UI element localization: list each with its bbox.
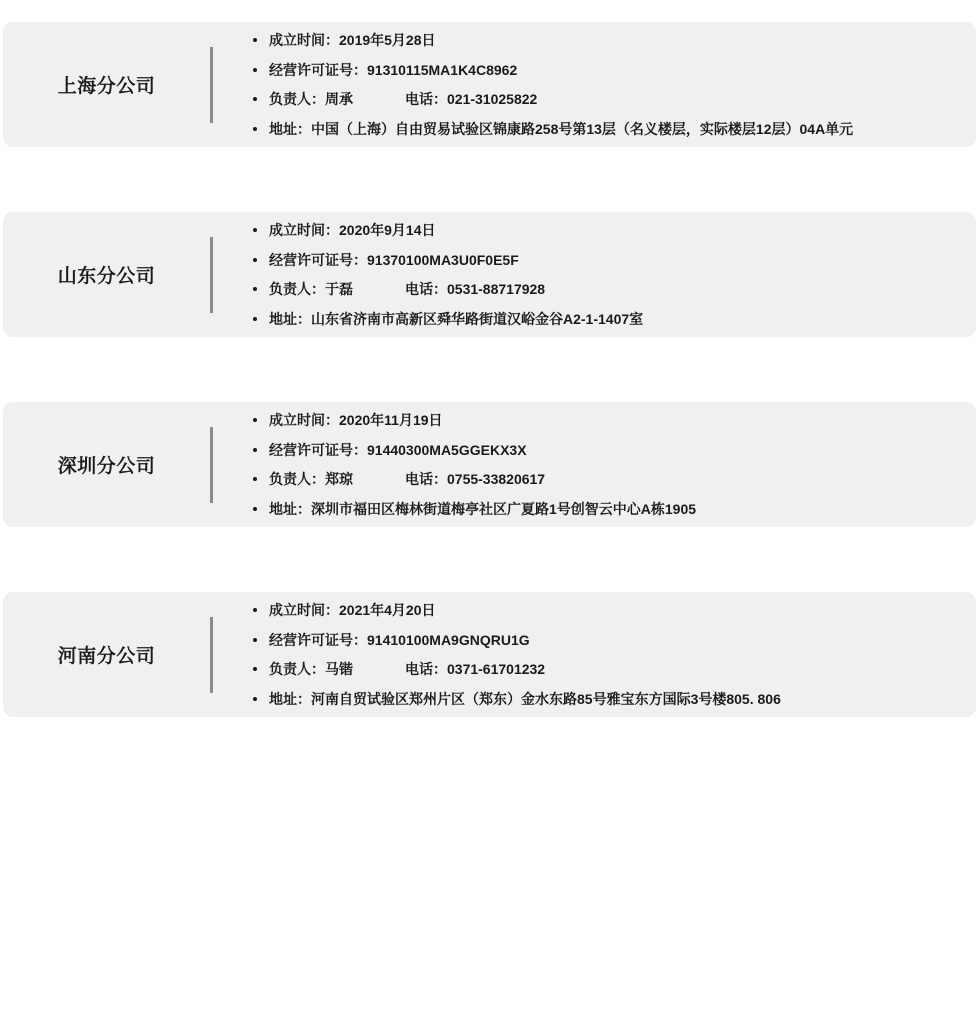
bullet-icon	[253, 317, 257, 321]
phone-text: 电话：0371-61701232	[405, 659, 545, 679]
owner-text: 负责人：马锴	[269, 659, 353, 679]
info-row-license: 经营许可证号：91410100MA9GNQRU1G	[253, 625, 966, 655]
established-text: 成立时间：2020年9月14日	[269, 220, 436, 240]
info-row-contact: 负责人：郑琼 电话：0755-33820617	[253, 465, 966, 495]
branch-name: 深圳分公司	[58, 451, 156, 478]
bullet-icon	[253, 418, 257, 422]
bullet-icon	[253, 697, 257, 701]
owner-text: 负责人：郑琼	[269, 469, 353, 489]
license-text: 经营许可证号：91370100MA3U0F0E5F	[269, 250, 519, 270]
branch-info-list: 成立时间：2019年5月28日 经营许可证号：91310115MA1K4C896…	[213, 22, 976, 147]
address-text: 地址：山东省济南市高新区舜华路街道汉峪金谷A2-1-1407室	[269, 309, 643, 329]
branch-info-list: 成立时间：2021年4月20日 经营许可证号：91410100MA9GNQRU1…	[213, 592, 976, 717]
info-row-contact: 负责人：周承 电话：021-31025822	[253, 85, 966, 115]
license-text: 经营许可证号：91410100MA9GNQRU1G	[269, 630, 530, 650]
branch-name: 山东分公司	[58, 261, 156, 288]
branch-card-shenzhen: 深圳分公司 成立时间：2020年11月19日 经营许可证号：91440300MA…	[3, 402, 976, 527]
branch-name-column: 深圳分公司	[3, 402, 210, 527]
info-row-address: 地址：深圳市福田区梅林街道梅亭社区广夏路1号创智云中心A栋1905	[253, 494, 966, 524]
branch-name: 上海分公司	[58, 71, 156, 98]
phone-text: 电话：0755-33820617	[405, 469, 545, 489]
license-text: 经营许可证号：91440300MA5GGEKX3X	[269, 440, 527, 460]
phone-text: 电话：0531-88717928	[405, 279, 545, 299]
info-row-contact: 负责人：马锴 电话：0371-61701232	[253, 655, 966, 685]
branch-name-column: 上海分公司	[3, 22, 210, 147]
phone-text: 电话：021-31025822	[405, 89, 537, 109]
license-text: 经营许可证号：91310115MA1K4C8962	[269, 60, 517, 80]
info-row-established: 成立时间：2020年11月19日	[253, 406, 966, 436]
branch-info-list: 成立时间：2020年11月19日 经营许可证号：91440300MA5GGEKX…	[213, 402, 976, 527]
bullet-icon	[253, 667, 257, 671]
established-text: 成立时间：2021年4月20日	[269, 600, 436, 620]
bullet-icon	[253, 97, 257, 101]
info-row-license: 经营许可证号：91310115MA1K4C8962	[253, 55, 966, 85]
info-row-license: 经营许可证号：91440300MA5GGEKX3X	[253, 435, 966, 465]
branch-name: 河南分公司	[58, 641, 156, 668]
info-row-address: 地址：中国（上海）自由贸易试验区锦康路258号第13层（名义楼层，实际楼层12层…	[253, 114, 966, 144]
info-row-established: 成立时间：2020年9月14日	[253, 216, 966, 246]
bullet-icon	[253, 507, 257, 511]
branch-card-henan: 河南分公司 成立时间：2021年4月20日 经营许可证号：91410100MA9…	[3, 592, 976, 717]
bullet-icon	[253, 287, 257, 291]
address-text: 地址：中国（上海）自由贸易试验区锦康路258号第13层（名义楼层，实际楼层12层…	[269, 119, 853, 139]
bullet-icon	[253, 638, 257, 642]
address-text: 地址：深圳市福田区梅林街道梅亭社区广夏路1号创智云中心A栋1905	[269, 499, 696, 519]
branch-card-shandong: 山东分公司 成立时间：2020年9月14日 经营许可证号：91370100MA3…	[3, 212, 976, 337]
info-row-established: 成立时间：2019年5月28日	[253, 26, 966, 56]
info-row-contact: 负责人：于磊 电话：0531-88717928	[253, 275, 966, 305]
info-row-address: 地址：山东省济南市高新区舜华路街道汉峪金谷A2-1-1407室	[253, 304, 966, 334]
info-row-established: 成立时间：2021年4月20日	[253, 596, 966, 626]
branch-name-column: 河南分公司	[3, 592, 210, 717]
address-text: 地址：河南自贸试验区郑州片区（郑东）金水东路85号雅宝东方国际3号楼805. 8…	[269, 689, 781, 709]
bullet-icon	[253, 127, 257, 131]
bullet-icon	[253, 68, 257, 72]
bullet-icon	[253, 477, 257, 481]
owner-text: 负责人：周承	[269, 89, 353, 109]
owner-text: 负责人：于磊	[269, 279, 353, 299]
bullet-icon	[253, 258, 257, 262]
info-row-license: 经营许可证号：91370100MA3U0F0E5F	[253, 245, 966, 275]
bullet-icon	[253, 608, 257, 612]
info-row-address: 地址：河南自贸试验区郑州片区（郑东）金水东路85号雅宝东方国际3号楼805. 8…	[253, 684, 966, 714]
established-text: 成立时间：2019年5月28日	[269, 30, 436, 50]
branch-info-list: 成立时间：2020年9月14日 经营许可证号：91370100MA3U0F0E5…	[213, 212, 976, 337]
established-text: 成立时间：2020年11月19日	[269, 410, 443, 430]
bullet-icon	[253, 448, 257, 452]
bullet-icon	[253, 38, 257, 42]
branch-name-column: 山东分公司	[3, 212, 210, 337]
branch-card-shanghai: 上海分公司 成立时间：2019年5月28日 经营许可证号：91310115MA1…	[3, 22, 976, 147]
bullet-icon	[253, 228, 257, 232]
branch-directory-page: 上海分公司 成立时间：2019年5月28日 经营许可证号：91310115MA1…	[0, 0, 979, 717]
